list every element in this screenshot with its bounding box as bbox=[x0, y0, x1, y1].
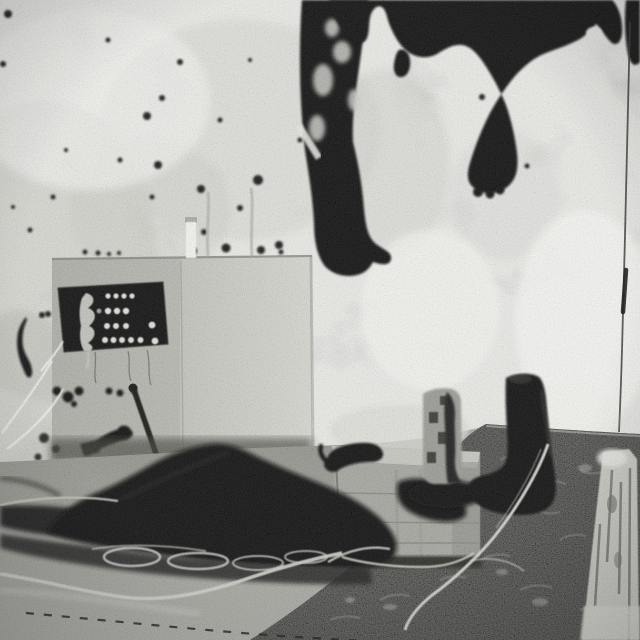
photograph: Grainy black-and-white photograph: dark … bbox=[0, 0, 640, 640]
photo-canvas: Grainy black-and-white photograph: dark … bbox=[0, 0, 640, 640]
vignette bbox=[0, 0, 640, 640]
photo-root bbox=[0, 0, 640, 640]
